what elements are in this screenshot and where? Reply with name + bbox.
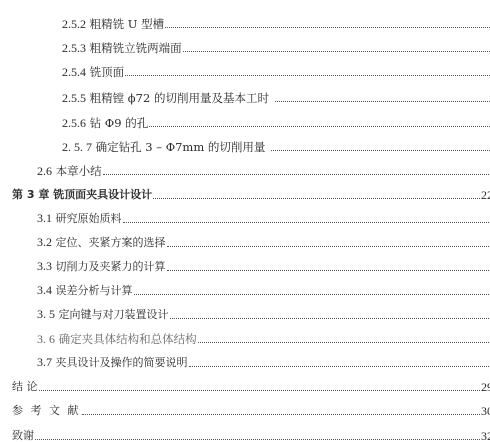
dot-leader: [39, 390, 481, 391]
toc-entry-number: 第 3 章: [12, 188, 49, 201]
toc-entry-title: 铣顶面: [90, 65, 125, 79]
toc-entry-number: 3.2: [37, 235, 52, 249]
toc-entry-title: 切削力及夹紧力的计算: [52, 260, 166, 273]
toc-entry-2-5-2[interactable]: 2.5.2 粗精铣 U 型槽 15: [0, 11, 490, 31]
toc-entry-title: 定向键与对刀装置设计: [55, 308, 169, 321]
dot-leader: [82, 414, 481, 415]
toc-entry-3-1[interactable]: 3.1 研究原始质料 22: [0, 206, 490, 226]
toc-entry-3-2[interactable]: 3.2 定位、夹紧方案的选择 23: [0, 230, 490, 250]
toc-entry-title: 误差分析与计算: [52, 284, 133, 297]
toc-entry-2-5-5[interactable]: 2.5.5 粗精镗 ϕ72 的切削用量及基本工时 17: [0, 85, 490, 105]
toc-entry-number: 2. 5. 7: [62, 140, 92, 154]
dot-leader: [123, 222, 490, 223]
toc-entry-number: 3.1: [37, 211, 52, 225]
toc-entry-2-5-6[interactable]: 2.5.6 钻 Φ9 的孔 18: [0, 110, 490, 130]
toc-entry-number: 2.5.3: [62, 41, 86, 55]
dot-leader: [189, 366, 490, 367]
toc-entry-title: 参 考 文 献: [12, 404, 81, 417]
toc-entry-3-6[interactable]: 3. 6 确定夹具体结构和总体结构 27: [0, 326, 490, 346]
toc-entry-title: 夹具设计及操作的简要说明: [52, 356, 188, 369]
toc-entry-2-5-3[interactable]: 2.5.3 粗精铣立铣两端面 15: [0, 35, 490, 55]
toc-entry-title: 粗精镗 ϕ72 的切削用量及基本工时: [90, 91, 269, 105]
toc-entry-page: 29: [481, 380, 490, 394]
dot-leader: [35, 439, 480, 440]
dot-leader: [275, 101, 490, 102]
dot-leader: [165, 27, 490, 28]
toc-entry-number: 2.5.5: [62, 91, 86, 105]
dot-leader: [170, 318, 490, 319]
toc-entry-title: 致谢: [12, 429, 34, 442]
toc-entry-title: 铣顶面夹具设计设计: [49, 188, 152, 201]
toc-entry-title: 粗精铣立铣两端面: [90, 41, 182, 55]
toc-entry-title: 定位、夹紧方案的选择: [52, 236, 166, 249]
toc-entry-page: 30: [481, 404, 490, 418]
toc-entry-page: 32: [481, 429, 490, 442]
toc-entry-number: 2.5.6: [62, 116, 86, 130]
toc-entry-acknowledgements[interactable]: 致谢 32: [0, 423, 490, 442]
toc-entry-title: 研究原始质料: [52, 212, 122, 225]
toc-entry-3-7[interactable]: 3.7 夹具设计及操作的简要说明 29: [0, 350, 490, 370]
toc-entry-number: 2.5.4: [62, 65, 86, 79]
toc-entry-number: 2.5.2: [62, 17, 86, 31]
toc-entry-number: 3.3: [37, 259, 52, 273]
dot-leader: [103, 174, 490, 175]
dot-leader: [153, 198, 480, 199]
toc-entry-title: 粗精铣 U 型槽: [90, 17, 165, 31]
dot-leader: [134, 294, 490, 295]
dot-leader: [167, 270, 490, 271]
toc-entry-3-3[interactable]: 3.3 切削力及夹紧力的计算 23: [0, 254, 490, 274]
toc-entry-number: 3.4: [37, 283, 52, 297]
toc-entry-number: 3. 6: [37, 332, 55, 346]
toc-entry-number: 2.6: [37, 164, 52, 178]
toc-entry-title: 确定夹具体结构和总体结构: [55, 332, 197, 346]
toc-entry-title: 结 论: [12, 380, 38, 393]
toc-entry-references[interactable]: 参 考 文 献 30: [0, 398, 490, 418]
toc-entry-title: 本章小结: [56, 164, 102, 178]
toc-entry-2-5-7[interactable]: 2. 5. 7 确定钻孔 3 – Φ7mm 的切削用量 20: [0, 134, 490, 154]
dot-leader: [149, 126, 490, 127]
toc-entry-conclusion[interactable]: 结 论 29: [0, 374, 490, 394]
dot-leader: [167, 246, 490, 247]
toc-entry-2-5-4[interactable]: 2.5.4 铣顶面 16: [0, 59, 490, 79]
table-of-contents: 2.5.2 粗精铣 U 型槽 15 2.5.3 粗精铣立铣两端面 15 2.5.…: [0, 0, 490, 442]
toc-entry-3-4[interactable]: 3.4 误差分析与计算 25: [0, 278, 490, 298]
toc-entry-chapter-3[interactable]: 第 3 章 铣顶面夹具设计设计 22: [0, 182, 490, 202]
toc-entry-2-6[interactable]: 2.6 本章小结 21: [0, 158, 490, 178]
toc-entry-number: 3. 5: [37, 307, 55, 321]
toc-entry-page: 22: [481, 188, 490, 202]
toc-entry-3-5[interactable]: 3. 5 定向键与对刀装置设计 26: [0, 302, 490, 322]
dot-leader: [183, 51, 490, 52]
toc-entry-title: 钻 Φ9 的孔: [90, 116, 149, 130]
dot-leader: [198, 342, 490, 343]
toc-entry-number: 3.7: [37, 355, 52, 369]
dot-leader: [125, 75, 490, 76]
dot-leader: [271, 150, 490, 151]
toc-entry-title: 确定钻孔 3 – Φ7mm 的切削用量: [92, 140, 265, 154]
